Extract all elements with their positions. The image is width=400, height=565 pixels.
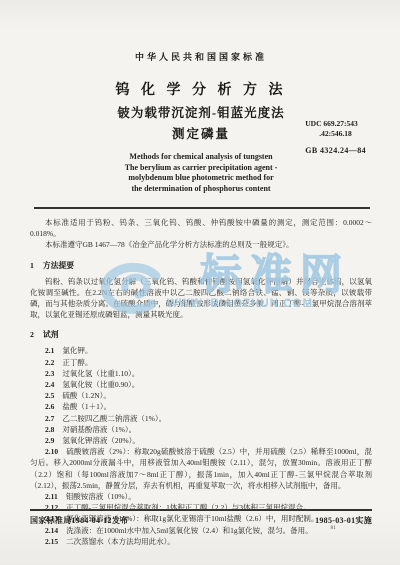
reagent-text: 钼酸铵溶液（10%）。 — [66, 492, 136, 501]
reagent-item: 2.7乙二胺四乙酸二钠溶液（1%）。 — [30, 413, 372, 424]
reagent-text: 盐酸（1＋1）。 — [62, 402, 111, 411]
reagent-number: 2.9 — [45, 436, 54, 445]
reagent-text: 乙二胺四乙酸二钠溶液（1%）。 — [62, 414, 166, 423]
section-1-heading: 1方法提要 — [30, 260, 372, 271]
section-2-number: 2 — [30, 330, 34, 339]
udc-gb-code-block: UDC 669.27:543 .42:546.18 GB 4324.24—84 — [305, 119, 366, 156]
reagent-text: 过氧化氢（比重1.10）。 — [62, 369, 139, 378]
reagent-item: 2.4氢氧化铵（比重0.90）。 — [30, 379, 372, 390]
reagent-item: 2.15二次蒸馏水（本方法均用此水）。 — [30, 536, 372, 547]
implementation-date: 1985-03-01实施 — [315, 515, 372, 526]
reagent-number: 2.4 — [45, 380, 54, 389]
title-line-2: 铍为载带沉淀剂-钼蓝光度法 — [56, 103, 346, 121]
reagent-text: 正丁醇。 — [62, 358, 92, 367]
reagent-number: 2.6 — [45, 402, 54, 411]
reagent-item: 2.6盐酸（1＋1）。 — [30, 401, 372, 412]
reagent-item: 2.11钼酸铵溶液（10%）。 — [30, 491, 372, 502]
page-footer: 国家标准局1984-04-12发布 1985-03-01实施 81 — [30, 503, 372, 526]
reagent-item: 2.14洗涤液：在1000ml水中加入5ml氢氧化铵（2.4）和1g氯化铵，混匀… — [30, 525, 372, 536]
reagent-text: 氢氧化钾溶液（20%）。 — [62, 436, 140, 445]
section-2-heading: 2试剂 — [30, 329, 372, 340]
reagent-number: 2.3 — [45, 369, 54, 378]
reagent-item: 2.5硫酸（1.2N）。 — [30, 390, 372, 401]
english-title-line-3: molybdenum blue photometric method for — [51, 173, 351, 184]
reagent-text: 氢氧化铵（比重0.90）。 — [62, 380, 139, 389]
title-zone: 钨 化 学 分 析 方 法 铍为载带沉淀剂-钼蓝光度法 测定磷量 UDC 669… — [30, 79, 372, 142]
udc-code-line1: UDC 669.27:543 — [305, 119, 366, 129]
title-line-3: 测定磷量 — [56, 124, 346, 142]
section-1-body: 钨粉、钨条以过氧化氢分解（三氧化钨、钨酸和仲钨酸铵用氢氧化钾溶解）并络合主体钨，… — [30, 276, 372, 321]
page-number: 81 — [331, 525, 337, 531]
header-divider — [34, 207, 370, 209]
footer-divider — [30, 509, 372, 511]
reagent-number: 2.5 — [45, 391, 54, 400]
issue-date: 国家标准局1984-04-12发布 — [30, 515, 128, 526]
section-1-number: 1 — [30, 261, 34, 270]
reagent-number: 2.1 — [45, 346, 54, 355]
scope-paragraph: 本标准适用于钨粉、钨条、三氧化钨、钨酸、仲钨酸铵中磷量的测定，测定范围：0.00… — [30, 217, 372, 239]
reagent-number: 2.11 — [45, 492, 58, 501]
document-page: 标准网 WWW.IBIAOZHUN.COM 中华人民共和国国家标准 钨 化 学 … — [0, 0, 400, 565]
reagent-item: 2.8对硝基酚溶液（1%）。 — [30, 424, 372, 435]
national-standard-header: 中华人民共和国国家标准 — [56, 50, 346, 63]
reagent-item: 2.10硫酸铍溶液（2%）：称取20g硫酸铍溶于硫酸（2.5）中，并用硫酸（2.… — [30, 446, 372, 491]
english-title: Methods for chemical analysis of tungste… — [51, 152, 351, 194]
reagent-number: 2.2 — [45, 358, 54, 367]
reagent-number: 2.15 — [45, 537, 58, 546]
reagent-text: 硫酸（1.2N）。 — [62, 391, 111, 400]
english-title-line-4: the determination of phosphorus content — [51, 184, 351, 195]
udc-code-line2: .42:546.18 — [305, 129, 366, 139]
gb-standard-number: GB 4324.24—84 — [305, 146, 366, 156]
reagent-text: 洗涤液：在1000ml水中加入5ml氢氧化铵（2.4）和1g氯化铵，混匀。备用。 — [66, 526, 312, 535]
reagent-number: 2.8 — [45, 425, 54, 434]
title-line-1: 钨 化 学 分 析 方 法 — [56, 79, 346, 99]
reagent-number: 2.10 — [45, 447, 58, 456]
reagent-item: 2.2正丁醇。 — [30, 357, 372, 368]
reagent-text: 氯化钾。 — [62, 346, 92, 355]
compliance-paragraph: 本标准遵守GB 1467—78《冶金产品化学分析方法标准的总则及一般规定》。 — [30, 239, 372, 250]
reagent-item: 2.9氢氧化钾溶液（20%）。 — [30, 435, 372, 446]
reagent-text: 对硝基酚溶液（1%）。 — [62, 425, 136, 434]
reagent-item: 2.1氯化钾。 — [30, 345, 372, 356]
reagent-number: 2.7 — [45, 414, 54, 423]
reagent-text: 硫酸铍溶液（2%）：称取20g硫酸铍溶于硫酸（2.5）中，并用硫酸（2.5）稀释… — [30, 447, 372, 490]
english-title-line-2: The berylium as carrier precipitation ag… — [51, 163, 351, 174]
reagent-item: 2.3过氧化氢（比重1.10）。 — [30, 368, 372, 379]
reagent-number: 2.14 — [45, 526, 58, 535]
section-1-title: 方法提要 — [43, 261, 74, 270]
section-2-title: 试剂 — [43, 330, 59, 339]
reagent-text: 二次蒸馏水（本方法均用此水）。 — [66, 537, 175, 546]
